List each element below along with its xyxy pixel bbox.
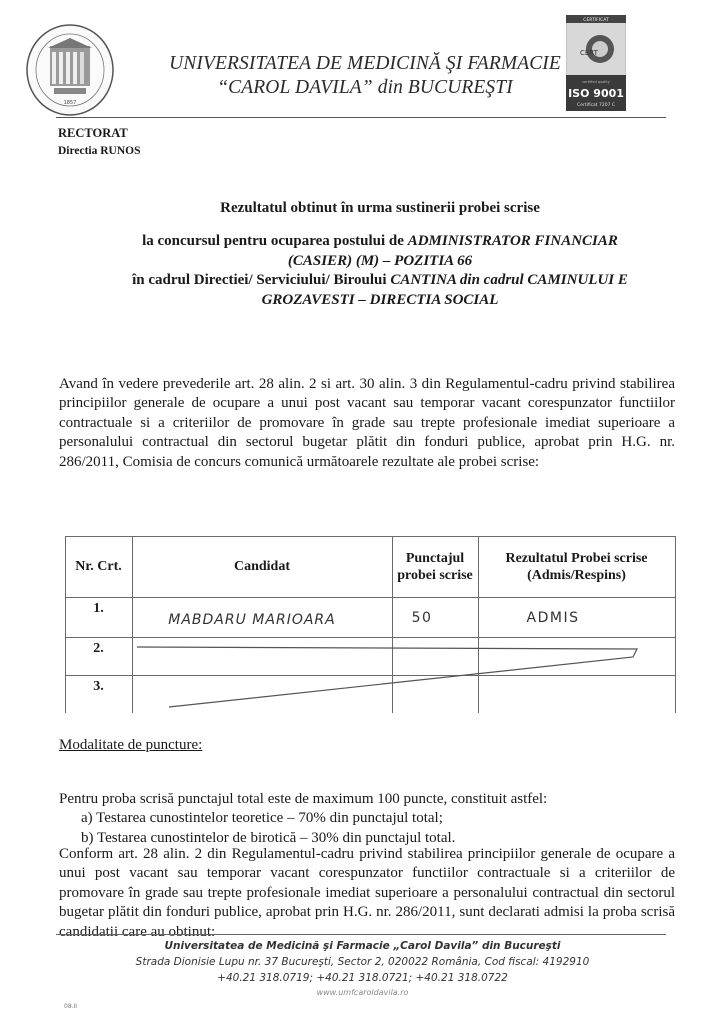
office-name: RECTORAT [58, 125, 128, 141]
svg-text:Certificat 7207 C: Certificat 7207 C [577, 102, 615, 108]
strikethrough-mark [65, 536, 676, 713]
document-subtitle: la concursul pentru ocuparea postului de… [70, 232, 690, 310]
department-name: Directia RUNOS [58, 143, 141, 159]
page-mark: 08.II [64, 1003, 77, 1010]
scoring-intro-text: Pentru proba scrisă punctajul total este… [59, 790, 679, 809]
scoring-intro: Pentru proba scrisă punctajul total este… [59, 790, 679, 848]
svg-text:certified quality: certified quality [582, 80, 610, 84]
header-divider [56, 117, 666, 118]
department-unit-cont: GROZAVESTI – DIRECTIA SOCIAL [262, 292, 499, 308]
university-seal-logo: 1857 [24, 22, 116, 118]
footer-website[interactable]: www.umfcaroldavila.ro [100, 986, 625, 1000]
university-name: UNIVERSITATEA DE MEDICINĂ ŞI FARMACIE “C… [130, 52, 600, 100]
university-name-line1: UNIVERSITATEA DE MEDICINĂ ŞI FARMACIE [130, 52, 600, 76]
svg-text:ISO 9001: ISO 9001 [568, 87, 624, 100]
admission-criteria-paragraph: Conform art. 28 alin. 2 din Regulamentul… [59, 845, 675, 942]
footer-phones: +40.21 318.0719; +40.21 318.0721; +40.21… [100, 970, 625, 986]
svg-text:1857: 1857 [64, 100, 77, 106]
university-seal-icon: 1857 [24, 22, 116, 118]
scoring-item-a: a) Testarea cunostintelor teoretice – 70… [59, 809, 679, 828]
subtitle-line3-plain: în cadrul Directiei/ Serviciului/ Biroul… [132, 272, 390, 288]
page-footer: Universitatea de Medicină şi Farmacie „C… [100, 938, 625, 1000]
department-unit: CANTINA din cadrul CAMINULUI E [390, 272, 628, 288]
iso-certification-badge: CERTIFICAT CERT certified quality ISO 90… [566, 15, 626, 111]
iso-9001-certificate-icon: CERTIFICAT CERT certified quality ISO 90… [566, 15, 626, 111]
footer-address: Strada Dionisie Lupu nr. 37 Bucureşti, S… [100, 954, 625, 970]
footer-divider [56, 934, 666, 935]
svg-text:CERT: CERT [580, 49, 599, 57]
svg-text:CERTIFICAT: CERTIFICAT [583, 17, 609, 23]
position-name: ADMINISTRATOR FINANCIAR [408, 233, 618, 249]
intro-paragraph: Avand în vedere prevederile art. 28 alin… [59, 375, 675, 472]
document-title: Rezultatul obtinut în urma sustinerii pr… [60, 200, 700, 217]
scoring-heading: Modalitate de puncture: [59, 737, 202, 754]
position-detail: (CASIER) (M) – POZITIA 66 [288, 253, 472, 269]
footer-university: Universitatea de Medicină şi Farmacie „C… [100, 938, 625, 954]
subtitle-line1-plain: la concursul pentru ocuparea postului de [142, 233, 408, 249]
university-name-line2: “CAROL DAVILA” din BUCUREŞTI [130, 76, 600, 100]
results-table: Nr. Crt. Candidat Punctajul probei scris… [65, 536, 676, 713]
